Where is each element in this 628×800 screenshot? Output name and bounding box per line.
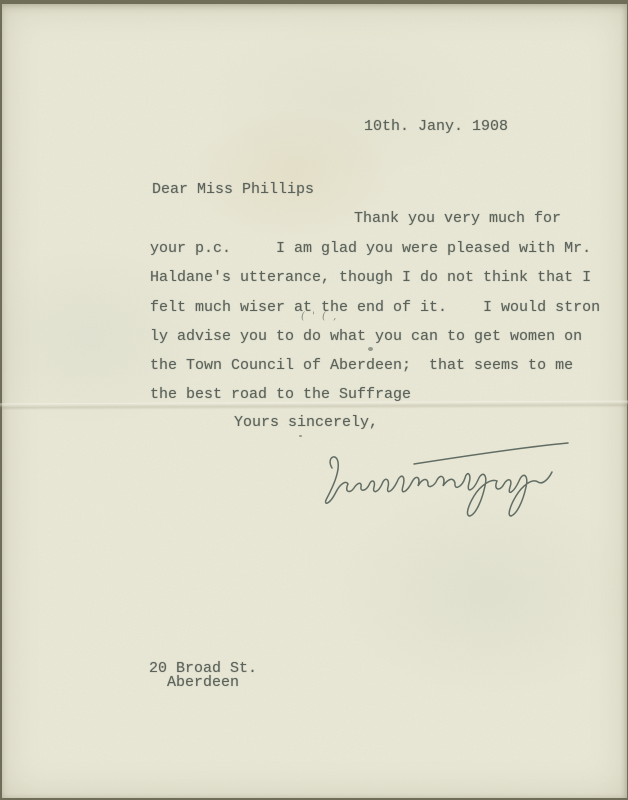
- letter-closing: Yours sincerely,: [234, 414, 378, 431]
- body-line: Haldane's utterance, though I do not thi…: [150, 269, 591, 286]
- letter-salutation: Dear Miss Phillips: [152, 181, 314, 198]
- body-line: felt much wiser at the end of it. I woul…: [150, 299, 600, 316]
- letter-paper: 10th. Jany. 1908 Dear Miss Phillips Than…: [2, 4, 627, 798]
- body-line: your p.c. I am glad you were pleased wit…: [150, 240, 591, 257]
- interlinear-pencil-mark: ( ' ( ,: [301, 311, 338, 322]
- body-line: the Town Council of Aberdeen; that seems…: [150, 357, 573, 374]
- scanned-letter: 10th. Jany. 1908 Dear Miss Phillips Than…: [0, 0, 628, 800]
- body-line: Thank you very much for: [354, 210, 561, 227]
- handwritten-signature: [310, 434, 578, 522]
- letter-date: 10th. Jany. 1908: [364, 118, 508, 135]
- ink-smudge: [299, 435, 302, 437]
- body-line: the best road to the Suffrage: [150, 386, 411, 403]
- body-line: ly advise you to do what you can to get …: [150, 328, 582, 345]
- address-line: Aberdeen: [167, 674, 239, 691]
- ink-smudge: [368, 347, 373, 351]
